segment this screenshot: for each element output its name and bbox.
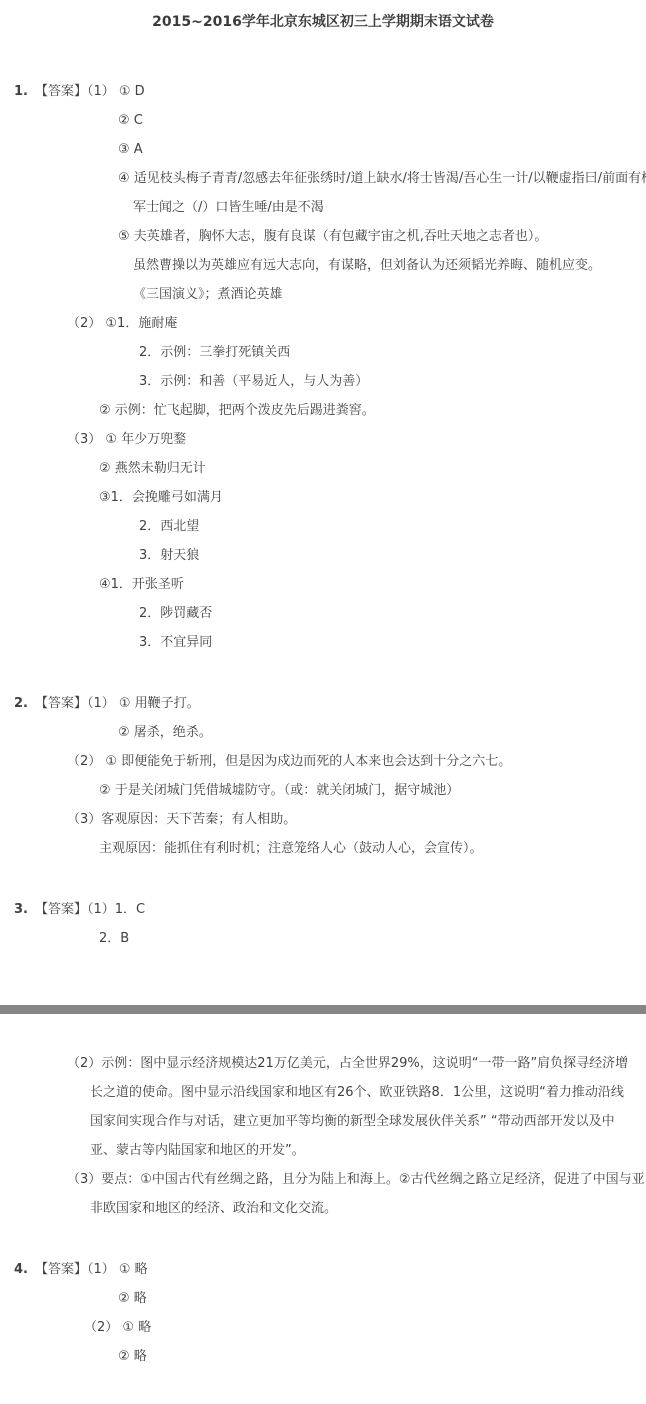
- text-line: 3．射天狼: [0, 541, 646, 570]
- text-line: ② 略: [0, 1342, 646, 1371]
- text-line: 2．西北望: [0, 512, 646, 541]
- text-line: ② 于是关闭城门凭借城墟防守。（或：就关闭城门，据守城池）: [0, 776, 646, 805]
- line-text: 【答案】（1） ① 用鞭子打。: [35, 696, 200, 711]
- line-text: 【答案】（1） ① 略: [35, 1262, 148, 1277]
- text-line: 主观原因：能抓住有利时机；注意笼络人心（鼓动人心，会宣传）。: [0, 834, 646, 863]
- text-line: （2） ① 略: [0, 1313, 646, 1342]
- text-line: 亚、蒙古等内陆国家和地区的开发”。: [0, 1136, 646, 1165]
- answer-section: （2）示例：图中显示经济规模达21万亿美元，占全世界29%，这说明“一带一路”肩…: [0, 1049, 646, 1223]
- text-line: ② 略: [0, 1284, 646, 1313]
- text-line: 虽然曹操以为英雄应有远大志向，有谋略，但刘备认为还须韬光养晦、随机应变。: [0, 251, 646, 280]
- text-line: 《三国演义》；煮酒论英雄: [0, 280, 646, 309]
- text-line: ② C: [0, 106, 646, 135]
- text-line: 3．不宜异同: [0, 628, 646, 657]
- text-line: 3.【答案】（1）1．C: [0, 895, 646, 924]
- text-line: ⑤ 夫英雄者，胸怀大志，腹有良谋（有包藏宇宙之机,吞吐天地之志者也）。: [0, 222, 646, 251]
- text-line: （2）示例：图中显示经济规模达21万亿美元，占全世界29%，这说明“一带一路”肩…: [0, 1049, 646, 1078]
- section-number: 1.: [14, 84, 28, 99]
- text-line: 2．B: [0, 924, 646, 953]
- text-line: 军士闻之（/）口皆生唾/由是不渴: [0, 193, 646, 222]
- section-number: 2.: [14, 696, 28, 711]
- answer-section: 2.【答案】（1） ① 用鞭子打。② 屠杀，绝杀。（2） ① 即便能免于斩刑，但…: [0, 689, 646, 863]
- answer-section: 4.【答案】（1） ① 略② 略（2） ① 略② 略: [0, 1255, 646, 1371]
- text-line: ② 屠杀，绝杀。: [0, 718, 646, 747]
- text-line: 3．示例：和善（平易近人，与人为善）: [0, 367, 646, 396]
- text-line: 国家间实现合作与对话，建立更加平等均衡的新型全球发展伙伴关系” “带动西部开发以…: [0, 1107, 646, 1136]
- text-line: 2．示例：三拳打死镇关西: [0, 338, 646, 367]
- text-line: （3） ① 年少万兜鍪: [0, 425, 646, 454]
- text-line: （2） ① 即便能免于斩刑，但是因为戍边而死的人本来也会达到十分之六七。: [0, 747, 646, 776]
- text-line: （2） ①1．施耐庵: [0, 309, 646, 338]
- text-line: ③1．会挽雕弓如满月: [0, 483, 646, 512]
- text-line: （3）要点：①中国古代有丝绸之路，且分为陆上和海上。②古代丝绸之路立足经济，促进…: [0, 1165, 646, 1194]
- answer-section: 3.【答案】（1）1．C2．B: [0, 895, 646, 953]
- text-line: ③ A: [0, 135, 646, 164]
- page-divider: [0, 1005, 646, 1014]
- text-line: （3）客观原因：天下苦秦；有人相助。: [0, 805, 646, 834]
- line-text: 【答案】（1） ① D: [35, 84, 145, 99]
- text-line: ② 燕然未勒归无计: [0, 454, 646, 483]
- section-number: 4.: [14, 1262, 28, 1277]
- text-line: 长之道的使命。图中显示沿线国家和地区有26个、欧亚铁路8．1公里，这说明“着力推…: [0, 1078, 646, 1107]
- text-line: ④1．开张圣听: [0, 570, 646, 599]
- document-title: 2015~2016学年北京东城区初三上学期期末语文试卷: [0, 12, 646, 32]
- text-line: ② 示例：忙飞起脚，把两个泼皮先后踢进粪窖。: [0, 396, 646, 425]
- answer-section: 1.【答案】（1） ① D② C③ A④ 适见枝头梅子青青/忽感去年征张绣时/道…: [0, 77, 646, 657]
- text-line: 2.【答案】（1） ① 用鞭子打。: [0, 689, 646, 718]
- section-number: 3.: [14, 902, 28, 917]
- answer-document: 1.【答案】（1） ① D② C③ A④ 适见枝头梅子青青/忽感去年征张绣时/道…: [0, 77, 646, 1371]
- text-line: ④ 适见枝头梅子青青/忽感去年征张绣时/道上缺水/将士皆渴/吾心生一计/以鞭虚指…: [0, 164, 646, 193]
- text-line: 1.【答案】（1） ① D: [0, 77, 646, 106]
- text-line: 非欧国家和地区的经济、政治和文化交流。: [0, 1194, 646, 1223]
- text-line: 2．陟罚藏否: [0, 599, 646, 628]
- text-line: 4.【答案】（1） ① 略: [0, 1255, 646, 1284]
- line-text: 【答案】（1）1．C: [35, 902, 145, 917]
